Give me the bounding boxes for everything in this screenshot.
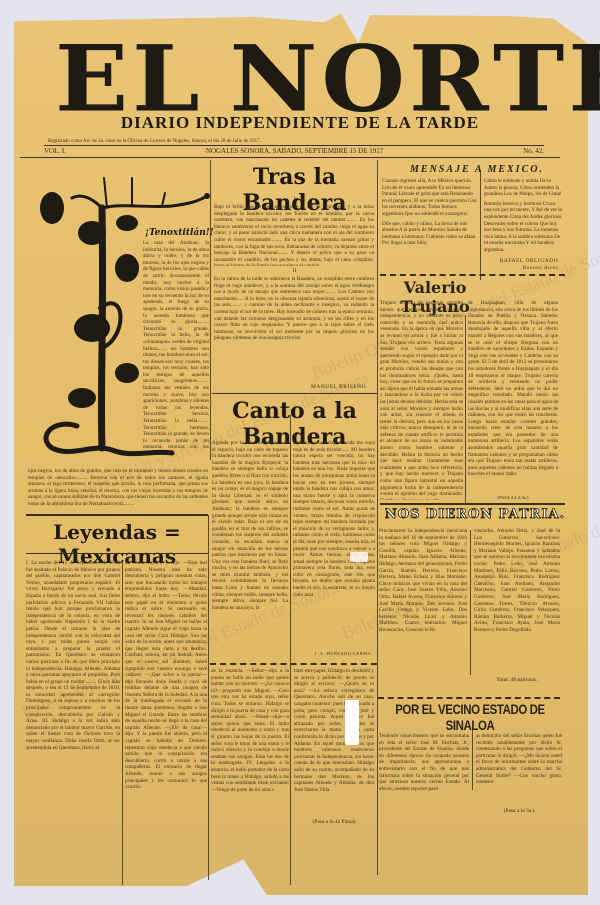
masthead-letter: N — [230, 33, 322, 124]
rule — [20, 157, 560, 158]
dashed-rule — [378, 697, 560, 699]
issue-number: No. 42. — [523, 147, 544, 155]
continued-note: (PASA A LA 4a.) — [468, 495, 558, 500]
postal-registration: Registrado como Art. de 2a. clase en la … — [48, 139, 261, 144]
section-numeral: II — [212, 268, 377, 274]
masthead-letter: L — [132, 33, 204, 124]
continued-note: (Pasa a la 3a.) — [476, 808, 562, 814]
column-divider — [122, 560, 123, 885]
column-divider — [290, 415, 291, 885]
rule — [44, 145, 544, 146]
author-signature: J. A. HURTADO LERMA. — [293, 651, 373, 656]
article-body-tenoxtitlan: La raza del Anahuac, la indómita, la her… — [143, 240, 209, 450]
paper-hole — [345, 700, 359, 745]
rule — [26, 553, 208, 554]
poem-stanza-right: Cómo le entiende y anima De tu Juárez la… — [484, 178, 564, 258]
masthead-letter: O — [321, 33, 409, 124]
dateline: NOGALES SONORA, SABADO, SEPTIEMBRE 15 DE… — [206, 147, 383, 155]
masthead-letter: E — [55, 33, 132, 124]
poem-section-2: En la calma de la tarde se adormece la B… — [214, 276, 374, 354]
article-body-patria-col2: vascacho, Antonio Ortiz, y José de la Lu… — [474, 528, 560, 668]
article-body-canto-col1: Agitada por la brisa desplegada en el es… — [212, 440, 288, 652]
rule — [380, 503, 565, 505]
dashed-rule — [380, 274, 565, 276]
continued-note: (Pasa a la 4a Plana) — [294, 819, 374, 825]
folio-line: VOL. I. NOGALES SONORA, SABADO, SEPTIEMB… — [44, 147, 544, 155]
column-divider — [480, 170, 481, 280]
article-continuation-tenoxtitlan: ojos negros, los de alma de granito, que… — [28, 468, 208, 510]
column-divider — [470, 530, 471, 675]
poem-stanza-left: Cuando regreses allá, A tu México querid… — [382, 178, 478, 270]
article-body-trujano-col1: Trujano es uno de los más grandes héroes… — [380, 300, 463, 500]
article-body-leyendas-col2: un criado suyo, y le dijo: —Esto leal pa… — [125, 560, 207, 822]
article-title-nos-dieron-patria: NOS DIERON PATRIA. — [380, 507, 570, 522]
stanza: Cuando regreses allá, A tu México querid… — [382, 178, 478, 218]
author-signature: MANUEL BRISEÑO. — [214, 384, 368, 390]
article-body-leyendas-col4: traer este papel. Hidalgo lo desdobló y … — [294, 668, 374, 818]
section-numeral: I — [212, 196, 377, 202]
masthead-letter: E — [568, 33, 600, 124]
stanza: Cómo le entiende y anima De tu Juárez la… — [484, 178, 564, 198]
stanza: Dile que, cálido y ufano, La tierra de m… — [382, 221, 478, 247]
article-body-canto-col2: bandera es un celaje; uncida ma cuyo tra… — [293, 440, 375, 640]
author-signature: RAFAEL OBLIGADO. — [484, 258, 560, 264]
dashed-rule — [210, 663, 377, 665]
paper-stain — [350, 552, 368, 562]
rule — [26, 514, 208, 516]
article-title-sinaloa: POR EL VECINO ESTADO DE SINALOA — [393, 701, 547, 733]
column-divider — [465, 315, 466, 505]
article-body-patria-col1: Proclamaron la independencia mexicana la… — [379, 528, 467, 685]
rule — [212, 393, 377, 394]
author-place: Buenos Aires. — [484, 265, 560, 271]
article-body-sinaloa-col1: Teniendo conocimiento que se encontraba … — [379, 733, 469, 815]
masthead-letter: T — [493, 33, 568, 124]
article-title-tenoxtitlan: ¡Tenoxtitlán!! — [145, 228, 210, 238]
masthead-letter: R — [409, 33, 493, 124]
column-divider — [377, 160, 378, 875]
volume: VOL. I. — [44, 147, 66, 155]
column-divider — [208, 515, 209, 880]
poem-section-1: Bajo el brillo que en los cascos pone el… — [214, 204, 374, 266]
patriot-total: Total: 48 patriotas. — [474, 677, 560, 683]
article-title-mensaje-a-mexico: MENSAJE A MEXICO. — [392, 164, 562, 175]
article-body-leyendas-col1: I. La noche del 15 de Septiembre de 1808… — [26, 560, 120, 822]
article-body-sinaloa-col2: al domicilio del señor Encinas quien fué… — [476, 733, 562, 805]
article-body-trujano-col2: de Huajuapam, villa de alguna importanci… — [468, 300, 558, 494]
masthead-title: E L N O R T E — [55, 36, 543, 122]
column-divider — [472, 730, 473, 790]
masthead-subtitle: DIARIO INDEPENDIENTE DE LA TARDE — [0, 113, 600, 133]
stanza: Romeño heroico y hermoso Cruzó una vez p… — [484, 201, 564, 254]
article-body-leyendas-col3: de la estancia. —Señor—dijo a la puerta … — [211, 668, 289, 828]
